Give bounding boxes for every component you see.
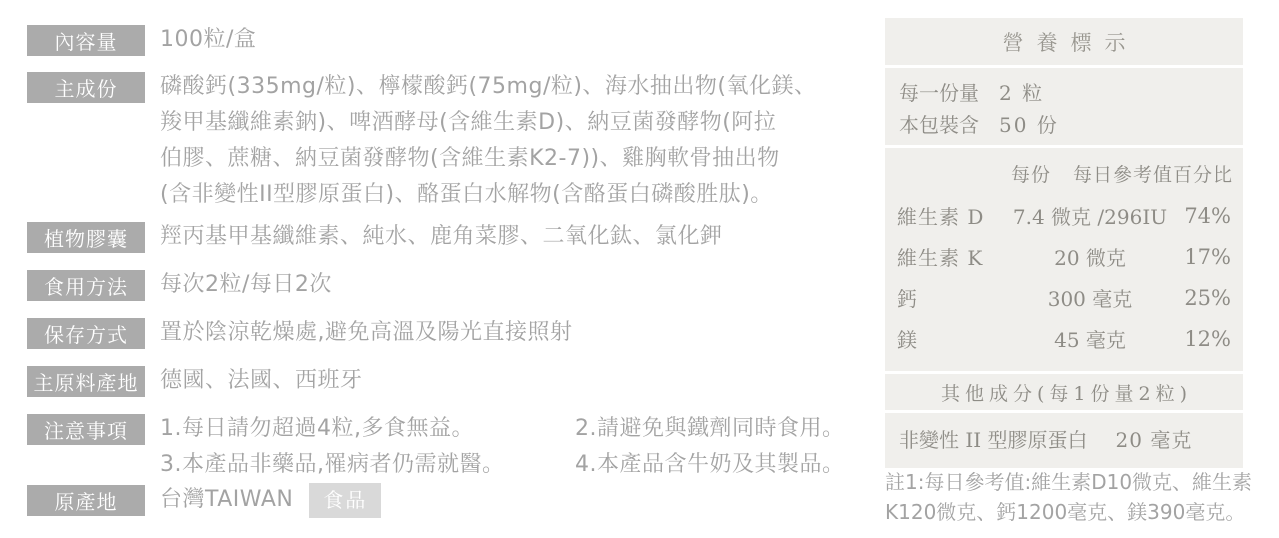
nutrient-name: 鈣	[897, 283, 1007, 312]
info-text-line: 伯膠、蔗糖、納豆菌發酵物(含維生素K2-7))、雞胸軟骨抽出物	[160, 141, 876, 177]
nutrient-daily-value: 12%	[1173, 327, 1231, 351]
nutrient-amount: 300 毫克	[1007, 283, 1173, 312]
nutrition-title: 營養標示	[885, 18, 1243, 65]
info-text-line: 羥丙基甲基纖維素、純水、鹿角菜膠、二氧化鈦、氯化鉀	[160, 219, 876, 255]
info-row-content-amount: 內容量 100粒/盒	[27, 22, 876, 58]
info-row-capsule: 植物膠囊 羥丙基甲基纖維素、純水、鹿角菜膠、二氧化鈦、氯化鉀	[27, 219, 876, 255]
nutrient-daily-value: 17%	[1173, 245, 1231, 269]
nutrient-name: 鎂	[897, 324, 1007, 353]
nutrition-rows: 維生素 D 7.4 微克 /296IU 74% 維生素 K 20 微克 17% …	[885, 187, 1243, 371]
nutrient-daily-value: 25%	[1173, 286, 1231, 310]
nutrition-row-vitamin-k: 維生素 K 20 微克 17%	[897, 236, 1231, 277]
other-ingredients-title: 其他成分(每1份量2粒)	[885, 374, 1243, 410]
precautions-grid: 1.每日請勿超過4粒,多食無益。 2.請避免與鐵劑同時食用。 3.本產品非藥品,…	[160, 411, 876, 483]
info-row-storage: 保存方式 置於陰涼乾燥處,避免高溫及陽光直接照射	[27, 315, 876, 351]
origin-value: 台灣TAIWAN	[160, 482, 293, 518]
nutrient-daily-value: 74%	[1173, 204, 1231, 228]
serving-info: 每一份量 2 粒 本包裝含 50 份	[885, 68, 1243, 145]
precautions-value: 1.每日請勿超過4粒,多食無益。 2.請避免與鐵劑同時食用。 3.本產品非藥品,…	[160, 411, 876, 483]
food-category-badge: 食品	[309, 483, 381, 518]
servings-per-pack-value: 50 份	[999, 109, 1059, 138]
nutrition-column-headers: 每份 每日參考值百分比	[885, 148, 1243, 187]
info-row-raw-material-origin: 主原料產地 德國、法國、西班牙	[27, 363, 876, 399]
precautions-label: 注意事項	[27, 414, 145, 445]
usage-value: 每次2粒/每日2次	[160, 267, 876, 303]
other-ingredient-name: 非變性 II 型膠原蛋白	[899, 424, 1088, 453]
raw-material-origin-label: 主原料產地	[27, 366, 145, 397]
info-text-line: (含非變性II型膠原蛋白)、酪蛋白水解物(含酪蛋白磷酸胜肽)。	[160, 177, 876, 213]
capsule-label: 植物膠囊	[27, 222, 145, 253]
info-row-main-ingredients: 主成份 磷酸鈣(335mg/粒)、檸檬酸鈣(75mg/粒)、海水抽出物(氧化鎂、…	[27, 69, 876, 213]
content-amount-label: 內容量	[27, 25, 145, 56]
precaution-item-3: 3.本產品非藥品,罹病者仍需就醫。	[160, 447, 575, 483]
nutrition-row-calcium: 鈣 300 毫克 25%	[897, 277, 1231, 318]
origin-label: 原產地	[27, 485, 145, 516]
raw-material-origin-value: 德國、法國、西班牙	[160, 363, 876, 399]
nutrient-amount: 45 毫克	[1007, 324, 1173, 353]
info-text-line: 置於陰涼乾燥處,避免高溫及陽光直接照射	[160, 315, 876, 351]
nutrient-amount: 7.4 微克 /296IU	[1007, 201, 1173, 230]
main-ingredients-value: 磷酸鈣(335mg/粒)、檸檬酸鈣(75mg/粒)、海水抽出物(氧化鎂、 羧甲基…	[160, 69, 876, 213]
info-text-line: 每次2粒/每日2次	[160, 267, 876, 303]
per-serving-column-header: 每份	[1011, 160, 1051, 187]
nutrient-name: 維生素 K	[897, 242, 1007, 271]
content-amount-value: 100粒/盒	[160, 22, 876, 58]
nutrition-row-magnesium: 鎂 45 毫克 12%	[897, 318, 1231, 359]
storage-label: 保存方式	[27, 318, 145, 349]
servings-per-pack-line: 本包裝含 50 份	[899, 107, 1229, 139]
info-text-line: 羧甲基纖維素鈉)、啤酒酵母(含維生素D)、納豆菌發酵物(阿拉	[160, 105, 876, 141]
nutrition-row-vitamin-d: 維生素 D 7.4 微克 /296IU 74%	[897, 195, 1231, 236]
capsule-value: 羥丙基甲基纖維素、純水、鹿角菜膠、二氧化鈦、氯化鉀	[160, 219, 876, 255]
servings-per-pack-label: 本包裝含	[899, 109, 979, 138]
daily-value-column-header: 每日參考值百分比	[1073, 160, 1233, 187]
daily-value-footnote: 註1:每日參考值:維生素D10微克、維生素K120微克、鈣1200毫克、鎂390…	[885, 467, 1265, 527]
info-text-line: 100粒/盒	[160, 22, 876, 58]
serving-size-label: 每一份量	[899, 77, 979, 106]
nutrient-amount: 20 微克	[1007, 242, 1173, 271]
product-info-sheet: 內容量 100粒/盒 主成份 磷酸鈣(335mg/粒)、檸檬酸鈣(75mg/粒)…	[0, 0, 1279, 538]
storage-value: 置於陰涼乾燥處,避免高溫及陽光直接照射	[160, 315, 876, 351]
info-row-usage: 食用方法 每次2粒/每日2次	[27, 267, 876, 303]
nutrient-name: 維生素 D	[897, 201, 1007, 230]
precaution-item-4: 4.本產品含牛奶及其製品。	[575, 447, 876, 483]
info-row-origin: 原產地 台灣TAIWAN 食品	[27, 482, 876, 518]
info-text-line: 德國、法國、西班牙	[160, 363, 876, 399]
precaution-item-2: 2.請避免與鐵劑同時食用。	[575, 411, 876, 447]
other-ingredient-amount: 20 毫克	[1116, 424, 1193, 453]
serving-size-line: 每一份量 2 粒	[899, 75, 1229, 107]
serving-size-value: 2 粒	[999, 77, 1044, 106]
usage-label: 食用方法	[27, 270, 145, 301]
origin-value-wrap: 台灣TAIWAN 食品	[160, 482, 876, 518]
nutrition-facts-panel: 營養標示 每一份量 2 粒 本包裝含 50 份 每份 每日參考值百分比 維生素 …	[885, 18, 1243, 468]
info-row-precautions: 注意事項 1.每日請勿超過4粒,多食無益。 2.請避免與鐵劑同時食用。 3.本產…	[27, 411, 876, 483]
precaution-item-1: 1.每日請勿超過4粒,多食無益。	[160, 411, 575, 447]
info-text-line: 磷酸鈣(335mg/粒)、檸檬酸鈣(75mg/粒)、海水抽出物(氧化鎂、	[160, 69, 876, 105]
main-ingredients-label: 主成份	[27, 72, 145, 103]
other-ingredient-row: 非變性 II 型膠原蛋白 20 毫克	[885, 413, 1243, 468]
